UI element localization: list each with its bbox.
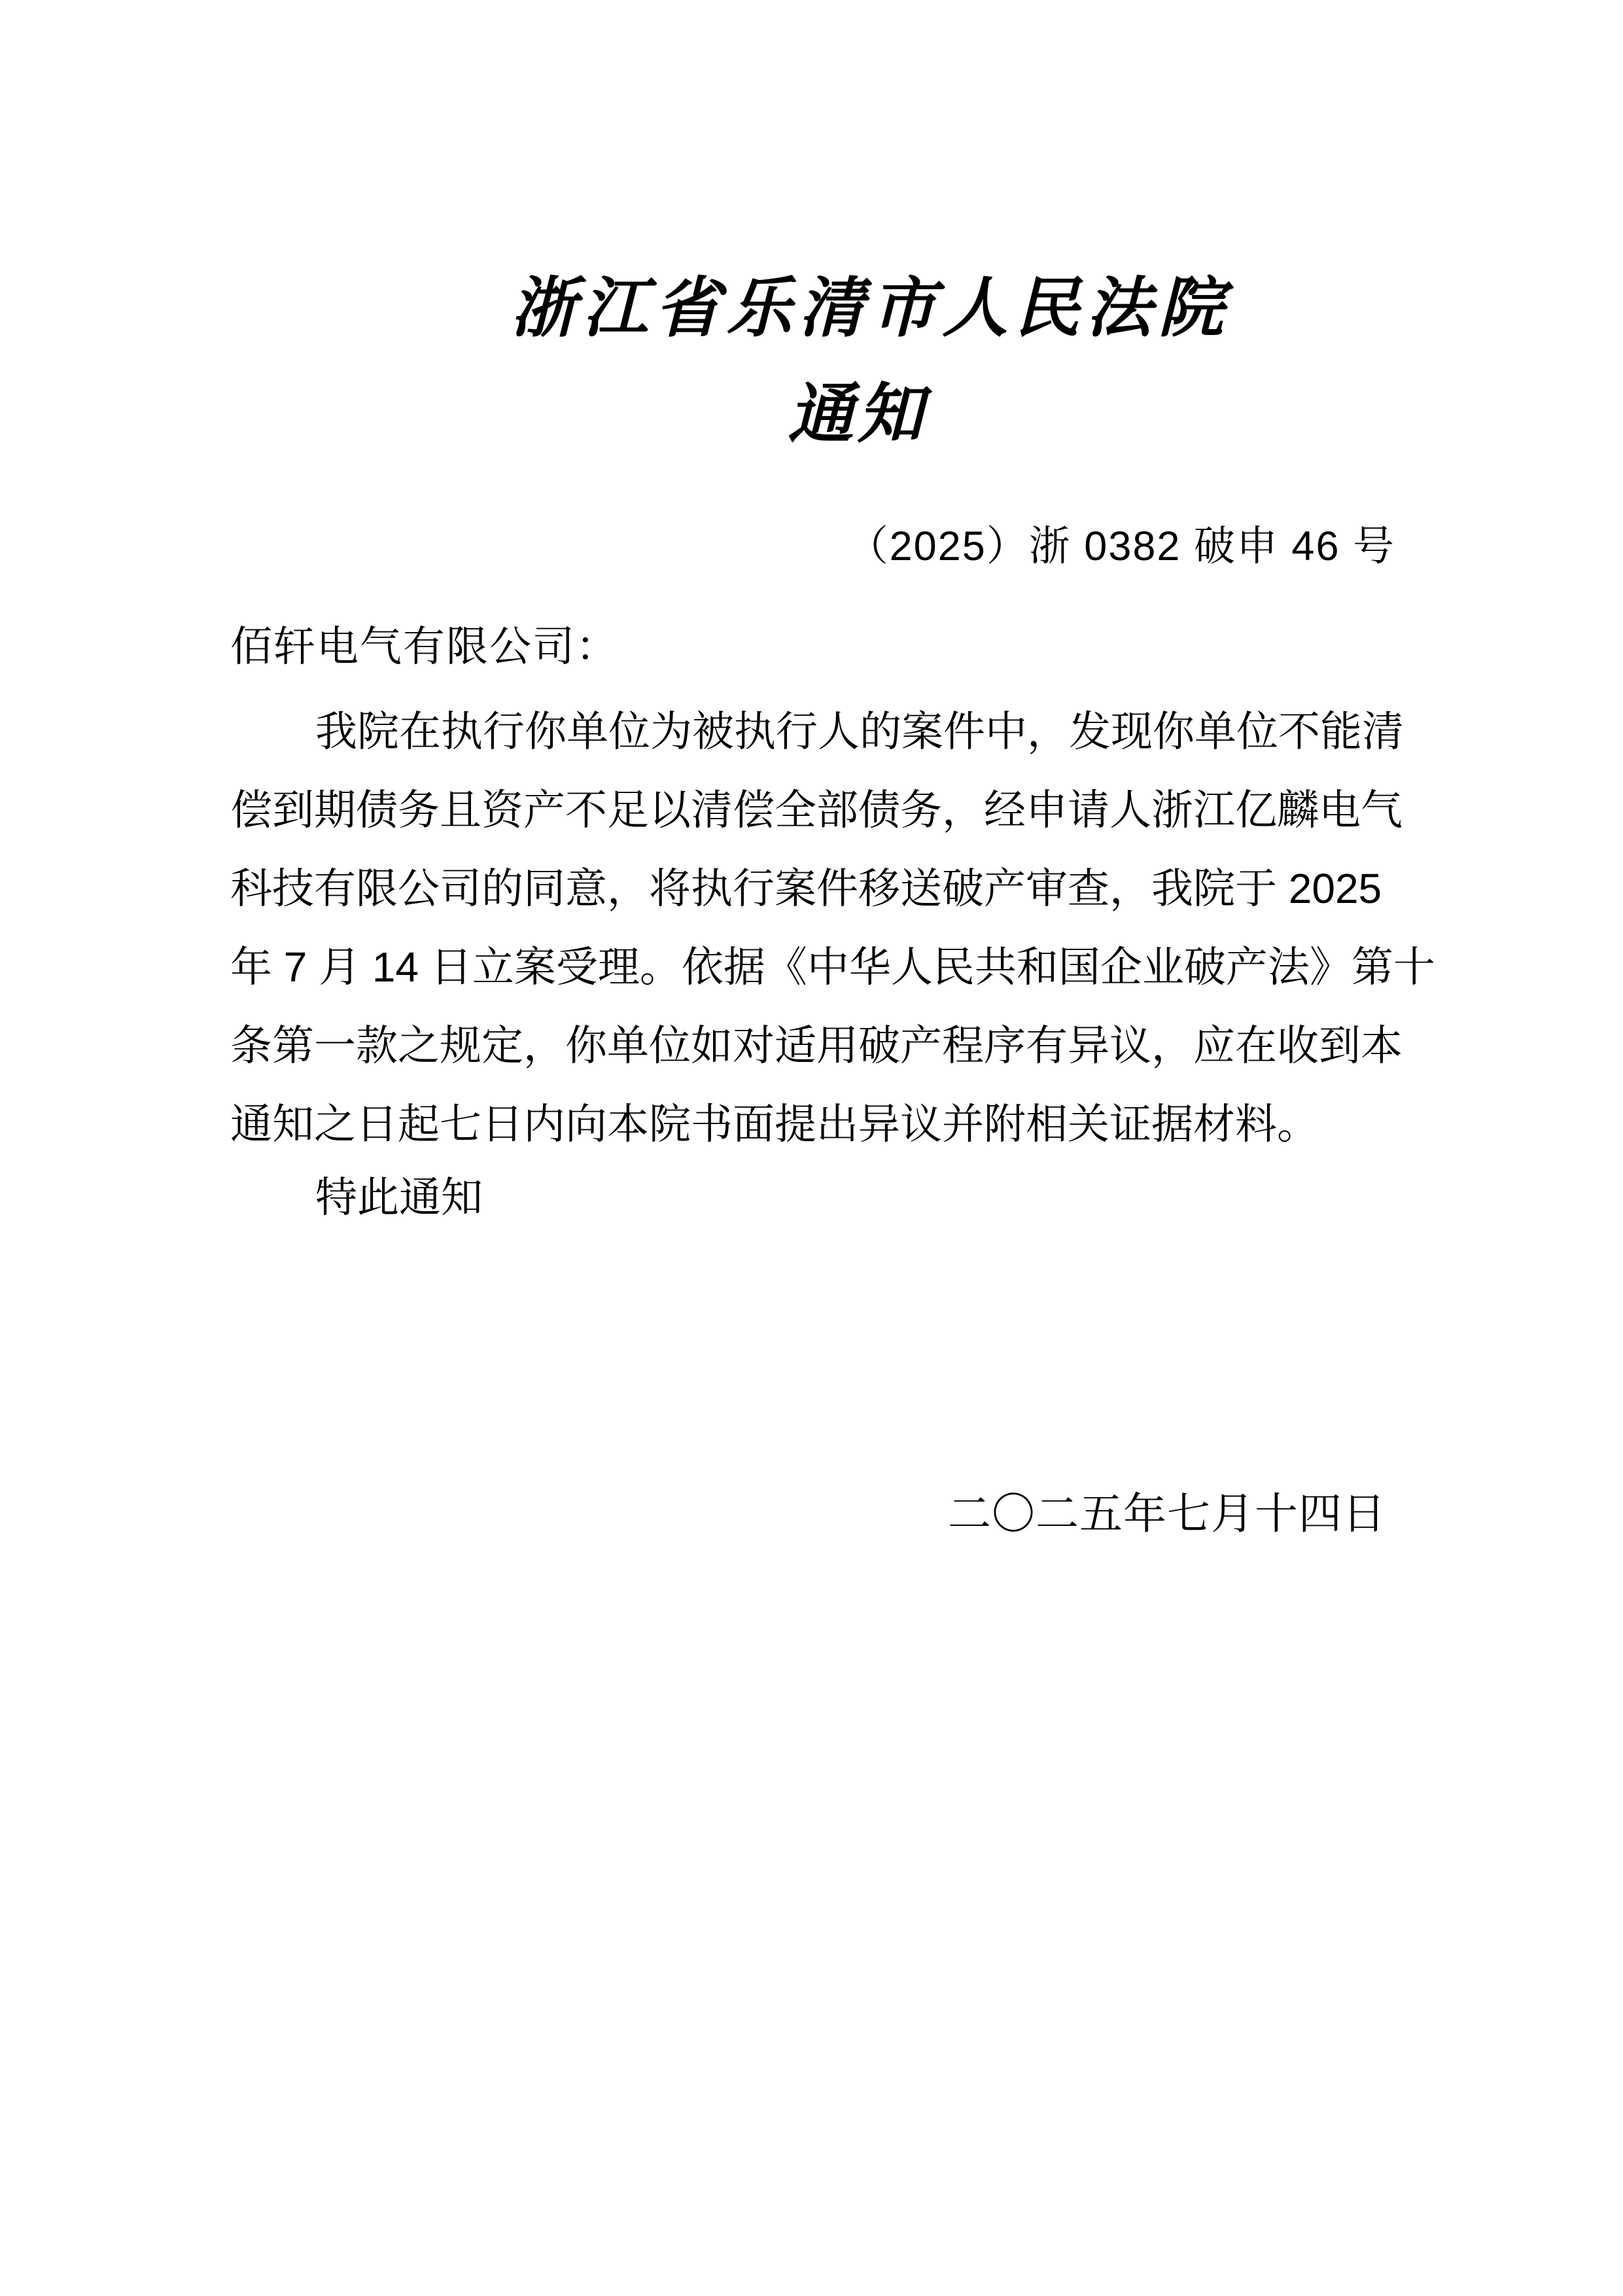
body-line: 偿到期债务且资产不足以清偿全部债务，经申请人浙江亿麟电气 bbox=[230, 771, 1401, 849]
court-notice-page: 浙江省乐清市人民法院 通知 （2025）浙 0382 破申 46 号 佰轩电气有… bbox=[0, 0, 1623, 2296]
addressee-line: 佰轩电气有限公司： bbox=[230, 619, 619, 674]
body-line: 年 7 月 14 日立案受理。依据《中华人民共和国企业破产法》第十 bbox=[230, 928, 1401, 1006]
body-line: 科技有限公司的同意，将执行案件移送破产审查，我院于 2025 bbox=[230, 849, 1401, 928]
document-title: 通知 bbox=[46, 366, 1623, 461]
body-line: 我院在执行你单位为被执行人的案件中，发现你单位不能清 bbox=[230, 692, 1401, 771]
notice-body: 我院在执行你单位为被执行人的案件中，发现你单位不能清 偿到期债务且资产不足以清偿… bbox=[230, 692, 1401, 1163]
court-name-title: 浙江省乐清市人民法院 bbox=[59, 260, 1623, 355]
body-line: 条第一款之规定，你单位如对适用破产程序有异议，应在收到本 bbox=[230, 1006, 1401, 1085]
date-line: 二〇二五年七月十四日 bbox=[0, 1481, 1386, 1546]
case-number: （2025）浙 0382 破申 46 号 bbox=[0, 519, 1395, 574]
closing-line: 特此通知 bbox=[230, 1158, 483, 1237]
body-line: 通知之日起七日内向本院书面提出异议并附相关证据材料。 bbox=[230, 1085, 1401, 1163]
